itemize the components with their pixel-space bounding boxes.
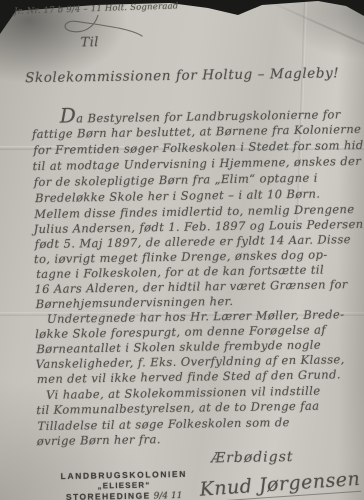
signature: Knud Jørgensen	[199, 468, 361, 500]
body-line: øvrige Børn her fra.	[37, 432, 161, 448]
rubber-stamp: LANDBRUGSKOLONIEN „ELIESER“ STOREHEDINGE…	[46, 469, 203, 500]
body-line: Tilladelse til at søge Folkeskolen som d…	[37, 415, 289, 433]
pen-flourish-icon	[54, 12, 144, 41]
handwriting-layer: Jr. Nr. 17 b 9/4 – 11 Holt. Sogneraad Ti…	[0, 0, 364, 500]
salutation-line: Skolekommissionen for Holtug – Magleby!	[25, 65, 339, 86]
stamp-place-line: STOREHEDINGE9/4 11	[46, 490, 202, 500]
stamp-place: STOREHEDINGE	[66, 491, 151, 500]
closing-valediction: Ærbødigst	[211, 449, 294, 466]
stamp-handwritten-date: 9/4 11	[154, 491, 183, 500]
photograph-of-letter: Jr. Nr. 17 b 9/4 – 11 Holt. Sogneraad Ti…	[0, 0, 364, 500]
to-label: Til	[80, 35, 98, 50]
